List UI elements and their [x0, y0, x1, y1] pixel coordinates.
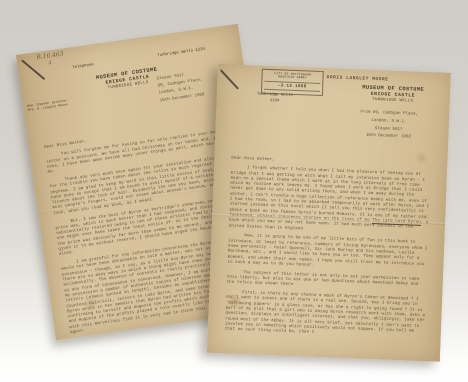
sender-address-block: From 89, Cadogan Place, London, S.W.1. S… [333, 109, 444, 144]
paragraph: I forget whether I told you when I had t… [229, 166, 432, 237]
right-letter-page: CITY OF NOTTINGHAM NEWSTEAD ABBEY -3.12.… [207, 64, 451, 362]
corner-crease-mark [220, 69, 239, 89]
typed-author-name: DORIS LANGLEY MOORE [326, 75, 388, 82]
receipt-stamp: CITY OF NOTTINGHAM NEWSTEAD ABBEY -3.12.… [261, 69, 324, 96]
telephone-label: Telephone [72, 63, 94, 71]
director-note: Hon. Founder Director: Mrs. D. Langley M… [27, 98, 70, 113]
paragraph-text: I forget whether I told you when I had t… [229, 166, 429, 223]
telephone-number: Tunbridge Wells 1234 [157, 48, 205, 60]
pencil-annotation-sub: 4 [48, 60, 52, 66]
photograph-of-two-letters: B.16.463 4 Telephone Tunbridge Wells 123… [0, 0, 468, 382]
telephone-number: 1234 [243, 97, 307, 105]
foxing-spot [414, 152, 428, 165]
telephone-block: Tunbridge Wells 1234 [243, 92, 307, 105]
paragraph: Now, it is going to be one of my little … [227, 234, 429, 273]
letter-body: Dear Miss Walker, I forget whether I tol… [225, 157, 433, 345]
sender-address-block: Sloane 5517 89, Cadogan Place, London, S… [156, 70, 205, 105]
letterhead: MUSEUM OF COSTUME ERIDGE CASTLE TUNBRIDG… [341, 84, 446, 105]
paperclip-crease-mark [21, 59, 45, 80]
paragraph: First, is there by any chance a mask of … [225, 291, 427, 341]
paragraph: The subject of this letter is not only t… [226, 270, 427, 294]
